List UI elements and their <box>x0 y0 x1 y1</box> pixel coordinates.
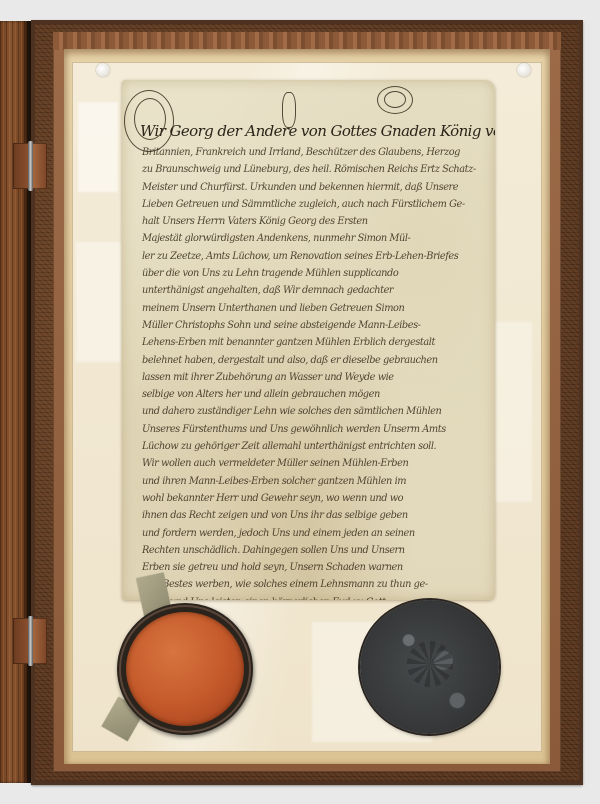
inner-rail-top <box>53 32 561 50</box>
charter-heading: Wir Georg der Andere von Gottes Gnaden K… <box>140 122 485 140</box>
charter-line: Erben sie getreu und hold seyn, Unsern S… <box>142 559 484 576</box>
charter-body: Britannien, Frankreich und Irrland, Besc… <box>142 144 484 600</box>
charter-line: belehnet haben, dergestalt und also, daß… <box>142 352 484 369</box>
dark-wax-seal <box>360 600 499 734</box>
parchment-charter: Wir Georg der Andere von Gottes Gnaden K… <box>122 80 495 600</box>
charter-line: Müller Christophs Sohn und seine absteig… <box>142 317 484 334</box>
hinge-pin <box>28 141 33 191</box>
charter-line: Unseres Fürstenthums und Uns gewöhnlich … <box>142 421 484 438</box>
charter-line: unterthänigst angehalten, daß Wir demnac… <box>142 282 484 299</box>
case-door-left <box>0 21 27 783</box>
pin-icon <box>96 63 110 77</box>
charter-line: und dahero zuständiger Lehn wie solches … <box>142 403 484 420</box>
hinge-bottom <box>13 618 47 664</box>
mylar-fold <box>76 242 121 362</box>
charter-line: Rechten unschädlich. Dahingegen sollen U… <box>142 542 484 559</box>
charter-line: Wir wollen auch vermeldeter Müller seine… <box>142 455 484 472</box>
hinge-pin <box>28 616 33 666</box>
charter-line: Meister und Churfürst. Urkunden und beke… <box>142 179 484 196</box>
charter-line: ler zu Zeetze, Amts Lüchow, um Renovatio… <box>142 248 484 265</box>
charter-line: über die von Uns zu Lehn tragende Mühlen… <box>142 265 484 282</box>
charter-line: und fordern werden, jedoch Uns und einem… <box>142 525 484 542</box>
charter-line: halt Unsers Herrn Vaters König Georg des… <box>142 213 484 230</box>
red-wax-seal <box>117 603 253 735</box>
charter-line: zu Braunschweig und Lüneburg, des heil. … <box>142 161 484 178</box>
charter-line: und ihren Mann-Leibes-Erben solcher gant… <box>142 473 484 490</box>
seal-emblem-icon <box>407 641 453 687</box>
hinge-top <box>13 143 47 189</box>
red-seal-face <box>126 612 244 726</box>
charter-line: bührt und Uns leisten einen körperlichen… <box>142 594 484 600</box>
charter-line: Majestät glorwürdigsten Andenkens, nunme… <box>142 230 484 247</box>
charter-line: wohl bekannter Herr und Gewehr seyn, wo … <box>142 490 484 507</box>
charter-line: Lehens-Erben mit benannter gantzen Mühle… <box>142 334 484 351</box>
mylar-fold <box>492 322 532 502</box>
charter-line: meinem Unsern Unterthanen und lieben Get… <box>142 300 484 317</box>
flourish-capital-icon <box>384 91 406 108</box>
charter-line: Lieben Getreuen und Sämmtliche zugleich,… <box>142 196 484 213</box>
charter-line: Lüchow zu gehöriger Zeit allemahl untert… <box>142 438 484 455</box>
mylar-fold <box>78 102 118 192</box>
pin-icon <box>517 63 531 77</box>
charter-line: ihnen das Recht zeigen und von Uns ihr d… <box>142 507 484 524</box>
charter-line: lassen mit ihrer Zubehörung an Wasser un… <box>142 369 484 386</box>
charter-line: und Bestes werben, wie solches einem Leh… <box>142 576 484 593</box>
photo-scene: Wir Georg der Andere von Gottes Gnaden K… <box>0 0 600 804</box>
charter-line: selbige von Alters her und allein gebrau… <box>142 386 484 403</box>
charter-line: Britannien, Frankreich und Irrland, Besc… <box>142 144 484 161</box>
